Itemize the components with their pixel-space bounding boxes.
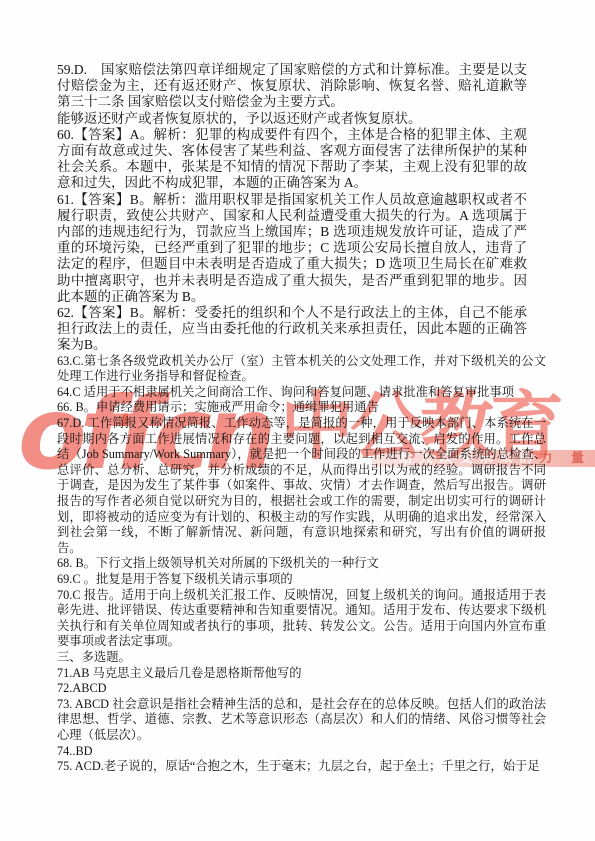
answer-item-73: 73. ABCD 社会意识是指社会精神生活的总和，是社会存在的总体反映。包括人们… bbox=[57, 697, 546, 744]
answer-item-64: 64.C 适用于不相隶属机关之间商洽工作、询问和答复问题、请求批准和答复审批事项 bbox=[57, 385, 546, 401]
offcn-slogan-accent-text: 力 量 bbox=[539, 452, 591, 465]
answer-item-60: 60.【答案】A。解析：犯罪的构成要件有四个，主体是合格的犯罪主体、主观方面有故… bbox=[57, 127, 527, 192]
document-page: offcn 中公教育 给人改变未来的力 量 59.D. 国家赔偿法第四章详细规定… bbox=[0, 0, 595, 841]
section-heading-multi-choice: 三、多选题。 bbox=[57, 650, 546, 666]
answer-item-59: 59.D. 国家赔偿法第四章详细规定了国家赔偿的方式和计算标准。主要是以支付赔偿… bbox=[57, 62, 527, 111]
answer-item-61: 61.【答案】B。解析：滥用职权罪是指国家机关工作人员故意逾越职权或者不履行职责… bbox=[57, 192, 527, 305]
answer-item-67: 67.D. 工作简报又称情况简报、工作动态等，是简报的一种，用于反映本部门、本系… bbox=[57, 416, 546, 556]
answer-item-69: 69.C 。批复是用于答复下级机关请示事项的 bbox=[57, 572, 546, 588]
answer-item-62: 62.【答案】B。解析：受委托的组织和个人不是行政法上的主体，自己不能承担行政法… bbox=[57, 305, 527, 354]
answer-item-70: 70.C 报告。适用于向上级机关汇报工作、反映情况，回复上级机关的询问。通报适用… bbox=[57, 588, 546, 650]
answer-item-63: 63.C.第七条各级党政机关办公厅（室）主管本机关的公文处理工作，并对下级机关的… bbox=[57, 354, 546, 385]
answer-item-71: 71.AB 马克思主义最后几卷是恩格斯帮他写的 bbox=[57, 666, 546, 682]
answer-item-66: 66. B。申请经费用请示；实施戒严用命令；通缉罪犯用通告 bbox=[57, 400, 546, 416]
answer-item-74: 74..BD bbox=[57, 744, 546, 760]
answer-item-72: 72.ABCD bbox=[57, 681, 546, 697]
answer-item-75: 75. ACD.老子说的，原话“合抱之木，生于毫末；九层之台，起于垒土；千里之行… bbox=[57, 759, 546, 775]
answer-key-text: 59.D. 国家赔偿法第四章详细规定了国家赔偿的方式和计算标准。主要是以支付赔偿… bbox=[57, 62, 546, 775]
answer-item-59-note: 能够返还财产或者恢复原状的，予以返还财产或者恢复原状。 bbox=[57, 111, 527, 127]
answer-item-68: 68. B。下行文指上级领导机关对所属的下级机关的一种行文 bbox=[57, 556, 546, 572]
